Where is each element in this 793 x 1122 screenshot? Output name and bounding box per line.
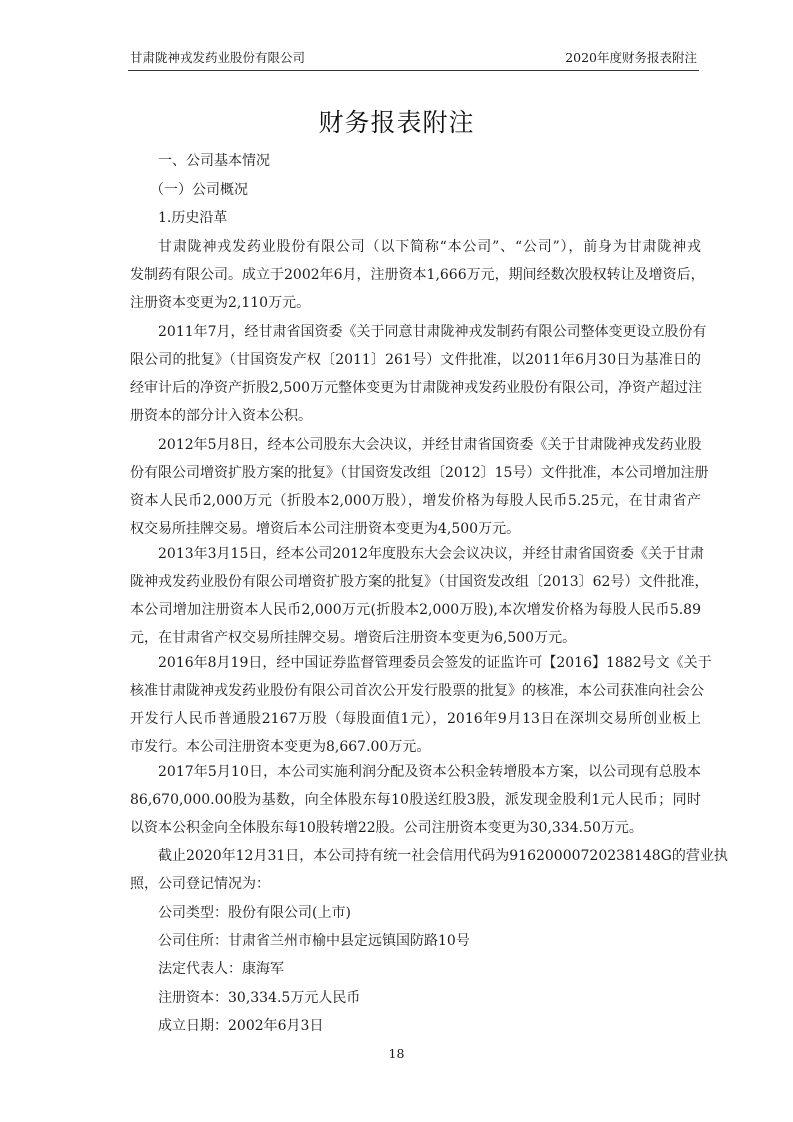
field-value: 康海军: [242, 961, 284, 977]
header-divider: [128, 70, 699, 71]
paragraph-line: 限公司的批复》（甘国资发产权〔2011〕261号）文件批准，以2011年6月30…: [130, 350, 701, 370]
paragraph-line: 2013年3月15日，经本公司2012年度股东大会会议决议，并经甘肃省国资委《关…: [158, 544, 701, 564]
paragraph-line: 资本人民币2,000万元（折股本2,000万股），增发价格为每股人民币5.25元…: [130, 491, 701, 511]
paragraph-line: 截止2020年12月31日，本公司持有统一社会信用代码为916200007202…: [158, 846, 701, 866]
paragraph-line: 以资本公积金向全体股东每10股转增22股。公司注册资本变更为30,334.50万…: [130, 818, 643, 838]
subsection-heading: （一）公司概况: [150, 180, 248, 200]
paragraph-line: 元，在甘肃省产权交易所挂牌交易。增资后注册资本变更为6,500万元。: [130, 628, 576, 648]
registration-founding-date: 成立日期：2002年6月3日: [158, 1016, 323, 1036]
page-number: 18: [0, 1046, 793, 1061]
paragraph-line: 注册资本变更为2,110万元。: [130, 293, 310, 313]
section-heading: 一、公司基本情况: [158, 151, 270, 171]
paragraph-line: 开发行人民币普通股2167万股（每股面值1元），2016年9月13日在深圳交易所…: [130, 709, 701, 729]
page-header: 甘肃陇神戎发药业股份有限公司 2020年度财务报表附注: [130, 48, 697, 66]
paragraph-line: 市发行。本公司注册资本变更为8,667.00万元。: [130, 737, 430, 757]
paragraph-line: 2012年5月8日，经本公司股东大会决议，并经甘肃省国资委《关于甘肃陇神戎发药业…: [158, 435, 701, 455]
paragraph-line: 86,670,000.00股为基数，向全体股东每10股送红股3股，派发现金股利1…: [130, 790, 701, 810]
field-label: 注册资本：: [158, 990, 228, 1006]
paragraph-line: 甘肃陇神戎发药业股份有限公司（以下简称“本公司”、“公司”），前身为甘肃陇神戎: [158, 237, 701, 257]
paragraph-line: 2017年5月10日，本公司实施利润分配及资本公积金转增股本方案，以公司现有总股…: [158, 762, 701, 782]
registration-address: 公司住所：甘肃省兰州市榆中县定远镇国防路10号: [158, 931, 470, 951]
registration-legal-representative: 法定代表人：康海军: [158, 959, 284, 979]
registration-company-type: 公司类型：股份有限公司(上市): [158, 903, 351, 923]
paragraph-line: 发制药有限公司。成立于2002年6月，注册资本1,666万元，期间经数次股权转让…: [130, 265, 701, 285]
header-report-title: 2020年度财务报表附注: [565, 48, 697, 66]
document-title: 财务报表附注: [0, 103, 793, 139]
paragraph-line: 本公司增加注册资本人民币2,000万元(折股本2,000万股),本次增发价格为每…: [130, 600, 701, 620]
field-value: 甘肃省兰州市榆中县定远镇国防路10号: [228, 933, 470, 949]
paragraph-line: 2011年7月，经甘肃省国资委《关于同意甘肃陇神戎发制药有限公司整体变更设立股份…: [158, 322, 701, 342]
field-value: 股份有限公司(上市): [228, 905, 351, 921]
paragraph-line: 2016年8月19日，经中国证券监督管理委员会签发的证监许可【2016】1882…: [158, 653, 701, 673]
paragraph-line: 核准甘肃陇神戎发药业股份有限公司首次公开发行股票的批复》的核准，本公司获准向社会…: [130, 681, 701, 701]
field-label: 公司住所：: [158, 933, 228, 949]
field-label: 公司类型：: [158, 905, 228, 921]
field-label: 成立日期：: [158, 1018, 228, 1034]
field-label: 法定代表人：: [158, 961, 242, 977]
paragraph-line: 照，公司登记情况为：: [130, 874, 270, 894]
field-value: 2002年6月3日: [228, 1018, 323, 1034]
paragraph-line: 册资本的部分计入资本公积。: [130, 406, 312, 426]
paragraph-line: 份有限公司增资扩股方案的批复》（甘国资发改组〔2012〕15号）文件批准，本公司…: [130, 463, 701, 483]
item-heading: 1.历史沿革: [158, 208, 227, 228]
field-value: 30,334.5万元人民币: [228, 990, 360, 1006]
paragraph-line: 陇神戎发药业股份有限公司增资扩股方案的批复》（甘国资发改组〔2013〕62号）文…: [130, 572, 701, 592]
registration-capital: 注册资本：30,334.5万元人民币: [158, 988, 360, 1008]
paragraph-line: 权交易所挂牌交易。增资后本公司注册资本变更为4,500万元。: [130, 519, 520, 539]
paragraph-line: 经审计后的净资产折股2,500万元整体变更为甘肃陇神戎发药业股份有限公司，净资产…: [130, 378, 701, 398]
header-company-name: 甘肃陇神戎发药业股份有限公司: [130, 48, 305, 66]
